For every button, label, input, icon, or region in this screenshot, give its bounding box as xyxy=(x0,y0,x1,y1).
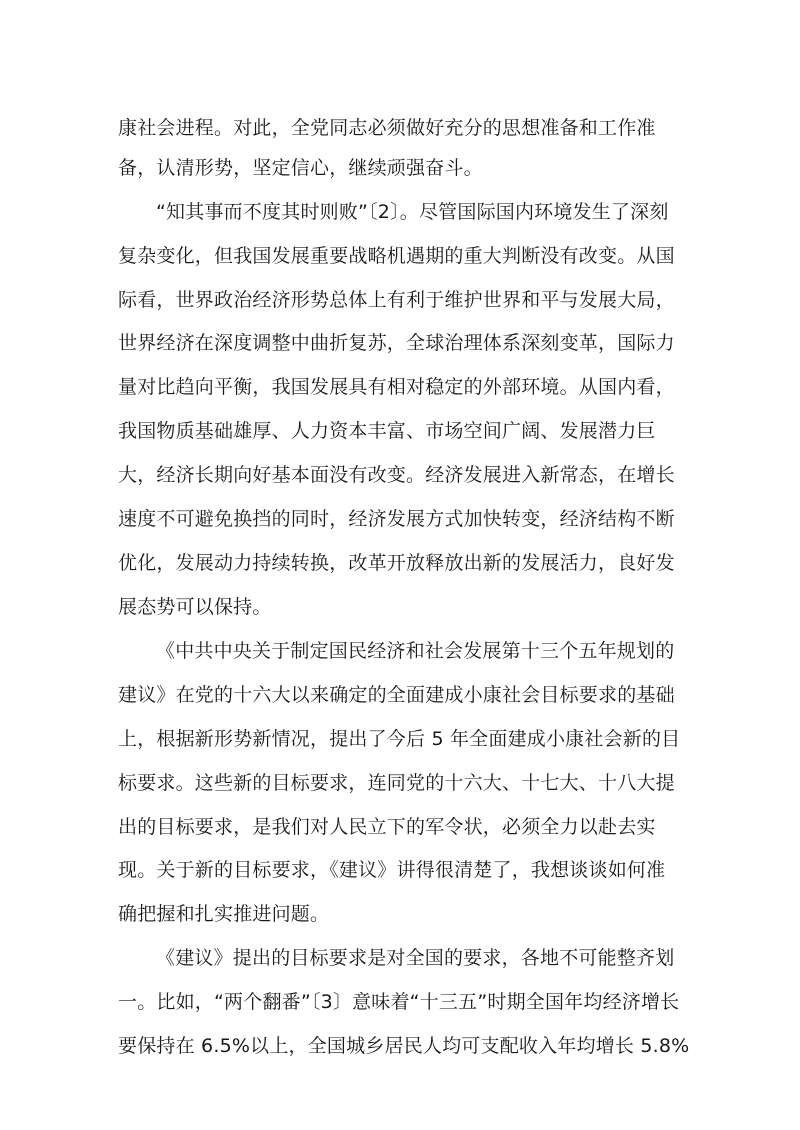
text-line: 大，经济长期向好基本面没有改变。经济发展进入新常态，在增长 xyxy=(118,462,678,488)
text-line: 康社会进程。对此，全党同志必须做好充分的思想准备和工作准 xyxy=(118,115,678,141)
text-line: 展态势可以保持。 xyxy=(118,594,678,620)
text-line: 出的目标要求，是我们对人民立下的军令状，必须全力以赴去实 xyxy=(118,814,678,840)
text-line: 速度不可避免换挡的同时，经济发展方式加快转变，经济结构不断 xyxy=(118,506,678,532)
text-line: 上，根据新形势新情况，提出了今后 5 年全面建成小康社会新的目 xyxy=(118,726,678,752)
text-line: 备，认清形势，坚定信心，继续顽强奋斗。 xyxy=(118,155,678,181)
text-line: 确把握和扎实推进问题。 xyxy=(118,901,678,927)
text-line: 复杂变化，但我国发展重要战略机遇期的重大判断没有改变。从国 xyxy=(118,243,678,269)
document-page: 康社会进程。对此，全党同志必须做好充分的思想准备和工作准 备，认清形势，坚定信心… xyxy=(0,0,800,1130)
text-line: 一。比如，“两个翻番”〔3〕意味着“十三五”时期全国年均经济增长 xyxy=(118,989,678,1015)
text-line: 建议》在党的十六大以来确定的全面建成小康社会目标要求的基础 xyxy=(118,682,678,708)
text-line: 标要求。这些新的目标要求，连同党的十六大、十七大、十八大提 xyxy=(118,770,678,796)
text-line: 量对比趋向平衡，我国发展具有相对稳定的外部环境。从国内看， xyxy=(118,374,678,400)
text-line: 际看，世界政治经济形势总体上有利于维护世界和平与发展大局， xyxy=(118,287,678,313)
paragraph-start-line: 《中共中央关于制定国民经济和社会发展第十三个五年规划的 xyxy=(156,638,716,664)
text-line: 优化，发展动力持续转换，改革开放释放出新的发展活力，良好发 xyxy=(118,550,678,576)
paragraph-start-line: “知其事而不度其时则败”〔2〕。尽管国际国内环境发生了深刻 xyxy=(156,199,716,225)
text-line: 我国物质基础雄厚、人力资本丰富、市场空间广阔、发展潜力巨 xyxy=(118,418,678,444)
text-line: 世界经济在深度调整中曲折复苏，全球治理体系深刻变革，国际力 xyxy=(118,330,678,356)
text-line: 现。关于新的目标要求，《建议》讲得很清楚了，我想谈谈如何准 xyxy=(118,857,678,883)
paragraph-start-line: 《建议》提出的目标要求是对全国的要求，各地不可能整齐划 xyxy=(156,945,716,971)
text-line: 要保持在 6.5%以上，全国城乡居民人均可支配收入年均增长 5.8% xyxy=(118,1033,678,1059)
